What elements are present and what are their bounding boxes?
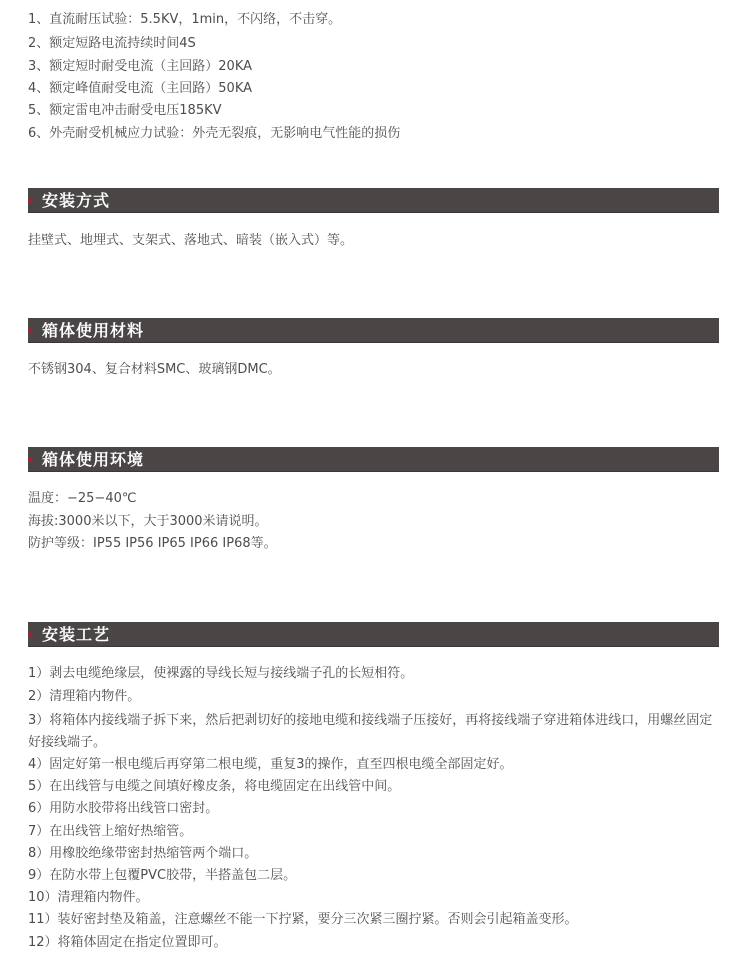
process-step: 1）剥去电缆绝缘层，使裸露的导线长短与接线端子孔的长短相符。 [28, 665, 413, 683]
process-step: 3）将箱体内接线端子拆下来，然后把剥切好的接地电缆和接线端子压接好，再将接线端子… [28, 710, 720, 754]
spec-item: 6、外壳耐受机械应力试验：外壳无裂痕，无影响电气性能的损伤 [28, 125, 400, 143]
bullet-dot-icon [29, 458, 33, 462]
environment-temperature: 温度：−25−40℃ [28, 490, 136, 508]
section-header-environment: 箱体使用环境 [28, 447, 719, 472]
process-step: 12）将箱体固定在指定位置即可。 [28, 934, 227, 952]
process-step: 7）在出线管上缩好热缩管。 [28, 823, 192, 841]
process-step: 8）用橡胶绝缘带密封热缩管两个端口。 [28, 845, 257, 863]
bullet-dot-icon [29, 633, 33, 637]
materials-text: 不锈钢304、复合材料SMC、玻璃钢DMC。 [28, 361, 281, 379]
section-header-install-method: 安装方式 [28, 188, 719, 213]
spec-item: 4、额定峰值耐受电流（主回路）50KA [28, 80, 252, 98]
section-header-install-process: 安装工艺 [28, 622, 719, 647]
install-method-text: 挂壁式、地埋式、支架式、落地式、暗装（嵌入式）等。 [28, 232, 353, 250]
section-title: 安装方式 [42, 190, 110, 211]
process-step: 9）在防水带上包覆PVC胶带，半搭盖包二层。 [28, 867, 296, 885]
section-title: 安装工艺 [42, 624, 110, 645]
process-step: 6）用防水胶带将出线管口密封。 [28, 800, 218, 818]
spec-item: 1、直流耐压试验：5.5KV，1min，不闪络，不击穿。 [28, 11, 341, 29]
section-title: 箱体使用材料 [42, 320, 144, 341]
process-step: 5）在出线管与电缆之间填好橡皮条，将电缆固定在出线管中间。 [28, 778, 400, 796]
spec-item: 5、额定雷电冲击耐受电压185KV [28, 102, 222, 120]
environment-altitude: 海拔:3000米以下，大于3000米请说明。 [28, 513, 268, 531]
spec-item: 3、额定短时耐受电流（主回路）20KA [28, 58, 252, 76]
process-step: 11）装好密封垫及箱盖，注意螺丝不能一下拧紧，要分三次紧三圈拧紧。否则会引起箱盖… [28, 911, 578, 929]
environment-protection: 防护等级：IP55 IP56 IP65 IP66 IP68等。 [28, 535, 277, 553]
process-step: 10）清理箱内物件。 [28, 889, 149, 907]
bullet-dot-icon [29, 329, 33, 333]
bullet-dot-icon [29, 199, 33, 203]
section-title: 箱体使用环境 [42, 449, 144, 470]
spec-item: 2、额定短路电流持续时间4S [28, 35, 196, 53]
section-header-materials: 箱体使用材料 [28, 318, 719, 343]
process-step: 2）清理箱内物件。 [28, 688, 140, 706]
process-step: 4）固定好第一根电缆后再穿第二根电缆，重复3的操作，直至四根电缆全部固定好。 [28, 756, 513, 774]
